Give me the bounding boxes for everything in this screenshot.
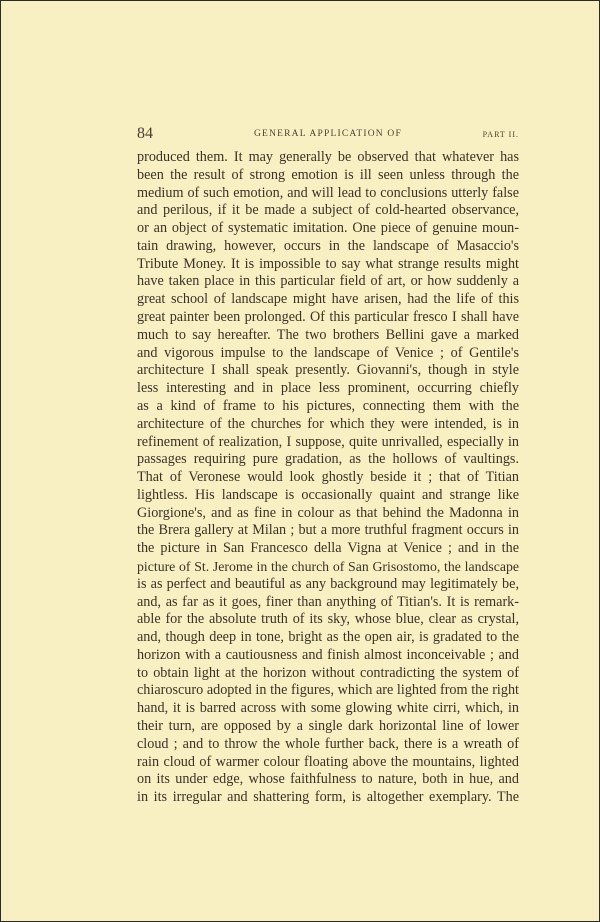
text-line: rain cloud of warmer colour floating abo…: [137, 754, 519, 772]
text-line: as a kind of frame to his pictures, conn…: [137, 398, 519, 416]
text-line: tain drawing, however, occurs in the lan…: [137, 238, 519, 256]
text-line: horizon with a cautiousness and finish a…: [137, 647, 519, 665]
text-line: passages requiring pure gradation, as th…: [137, 451, 519, 469]
text-line: their turn, are opposed by a single dark…: [137, 718, 519, 736]
text-line: lightless. His landscape is occasionally…: [137, 487, 519, 505]
text-line: That of Veronese would look ghostly besi…: [137, 469, 519, 487]
text-line: much to say hereafter. The two brothers …: [137, 327, 519, 345]
text-line: great school of landscape might have ari…: [137, 291, 519, 309]
text-line: the Brera gallery at Milan ; but a more …: [137, 522, 519, 540]
text-line: and vigorous impulse to the landscape of…: [137, 345, 519, 363]
text-line: able for the absolute truth of its sky, …: [137, 611, 519, 629]
text-line: is as perfect and beautiful as any backg…: [137, 576, 519, 594]
text-line: architecture I shall speak presently. Gi…: [137, 362, 519, 380]
text-line: or an object of systematic imitation. On…: [137, 220, 519, 238]
text-line: less interesting and in place less promi…: [137, 380, 519, 398]
text-line: refinement of realization, I suppose, qu…: [137, 434, 519, 452]
page-header: 84 GENERAL APPLICATION OF PART II.: [137, 125, 519, 145]
text-line: been the result of strong emotion is ill…: [137, 167, 519, 185]
text-line: to obtain light at the horizon without c…: [137, 665, 519, 683]
body-text: produced them. It may generally be obser…: [137, 149, 519, 807]
text-line: chiaroscuro adopted in the figures, whic…: [137, 682, 519, 700]
text-line: and, though deep in tone, bright as the …: [137, 629, 519, 647]
text-line: medium of such emotion, and will lead to…: [137, 185, 519, 203]
text-line: Tribute Money. It is impossible to say w…: [137, 256, 519, 274]
text-line: Giorgione's, and as fine in colour as th…: [137, 505, 519, 523]
part-label: PART II.: [483, 130, 519, 139]
text-line: and, as far as it goes, finer than anyth…: [137, 594, 519, 612]
text-line: architecture of the churches for which t…: [137, 416, 519, 434]
running-title: GENERAL APPLICATION OF: [137, 129, 519, 139]
text-line: picture of St. Jerome in the church of S…: [137, 558, 519, 576]
text-line: the picture in San Francesco della Vigna…: [137, 540, 519, 558]
book-page: 84 GENERAL APPLICATION OF PART II. produ…: [0, 0, 600, 922]
text-line: on its under edge, whose faithfulness to…: [137, 771, 519, 789]
text-line: have taken place in this particular fiel…: [137, 273, 519, 291]
text-line: great painter been prolonged. Of this pa…: [137, 309, 519, 327]
text-line: hand, it is barred across with some glow…: [137, 700, 519, 718]
text-line: and perilous, if it be made a subject of…: [137, 202, 519, 220]
text-line: produced them. It may generally be obser…: [137, 149, 519, 167]
text-line: cloud ; and to throw the whole further b…: [137, 736, 519, 754]
text-line: in its irregular and shattering form, is…: [137, 789, 519, 807]
